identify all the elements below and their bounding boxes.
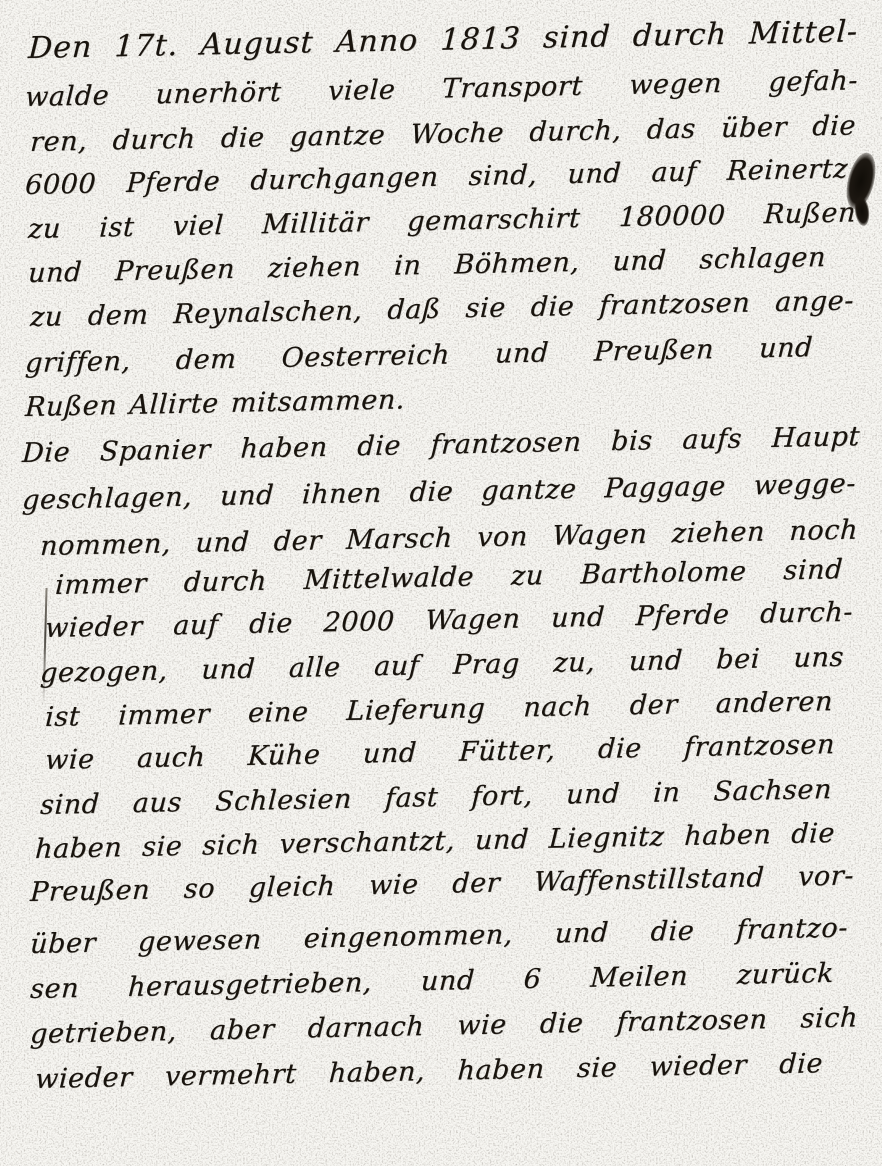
- manuscript-line: walde unerhört viele Transport wegen gef…: [24, 65, 858, 113]
- manuscript-line: zu dem Reynalschen, daß sie die frantzos…: [29, 285, 854, 333]
- manuscript-line: Die Spanier haben die frantzosen bis auf…: [21, 421, 860, 469]
- manuscript-line: getrieben, aber darnach wie die frantzos…: [29, 1002, 858, 1050]
- manuscript-line: ren, durch die gantze Woche durch, das ü…: [29, 110, 856, 158]
- manuscript-line: Rußen Allirte mitsammen.: [24, 384, 406, 423]
- manuscript-line: Preußen so gleich wie der Waffenstillsta…: [29, 860, 854, 908]
- manuscript-line: sen herausgetrieben, und 6 Meilen zurück: [29, 958, 834, 1005]
- manuscript-line: gezogen, und alle auf Prag zu, und bei u…: [39, 642, 844, 689]
- manuscript-line: 6000 Pferde durchgangen sind, und auf Re…: [24, 153, 848, 201]
- manuscript-line: und Preußen ziehen in Böhmen, und schlag…: [27, 242, 826, 289]
- manuscript-line: geschlagen, und ihnen die gantze Paggage…: [21, 468, 856, 516]
- manuscript-line: wie auch Kühe und Fütter, die frantzosen: [44, 729, 835, 776]
- manuscript-line: wieder vermehrt haben, haben sie wieder …: [34, 1048, 823, 1095]
- manuscript-line: haben sie sich verschantzt, und Liegnitz…: [34, 818, 835, 865]
- manuscript-line: sind aus Schlesien fast fort, und in Sac…: [39, 774, 832, 821]
- manuscript-line: Den 17t. August Anno 1813 sind durch Mit…: [27, 15, 859, 66]
- manuscript-line: griffen, dem Oesterreich und Preußen und: [24, 332, 813, 379]
- manuscript-line: immer durch Mittelwalde zu Bartholome si…: [54, 554, 843, 601]
- manuscript-line: zu ist viel Millitär gemarschirt 180000 …: [27, 197, 856, 245]
- manuscript-line: nommen, und der Marsch von Wagen ziehen …: [39, 515, 858, 563]
- manuscript-line: wieder auf die 2000 Wagen und Pferde dur…: [44, 597, 853, 644]
- manuscript-line: über gewesen eingenommen, und die frantz…: [29, 913, 848, 961]
- manuscript-page: Den 17t. August Anno 1813 sind durch Mit…: [0, 0, 882, 1166]
- manuscript-line: ist immer eine Lieferung nach der andere…: [44, 686, 833, 733]
